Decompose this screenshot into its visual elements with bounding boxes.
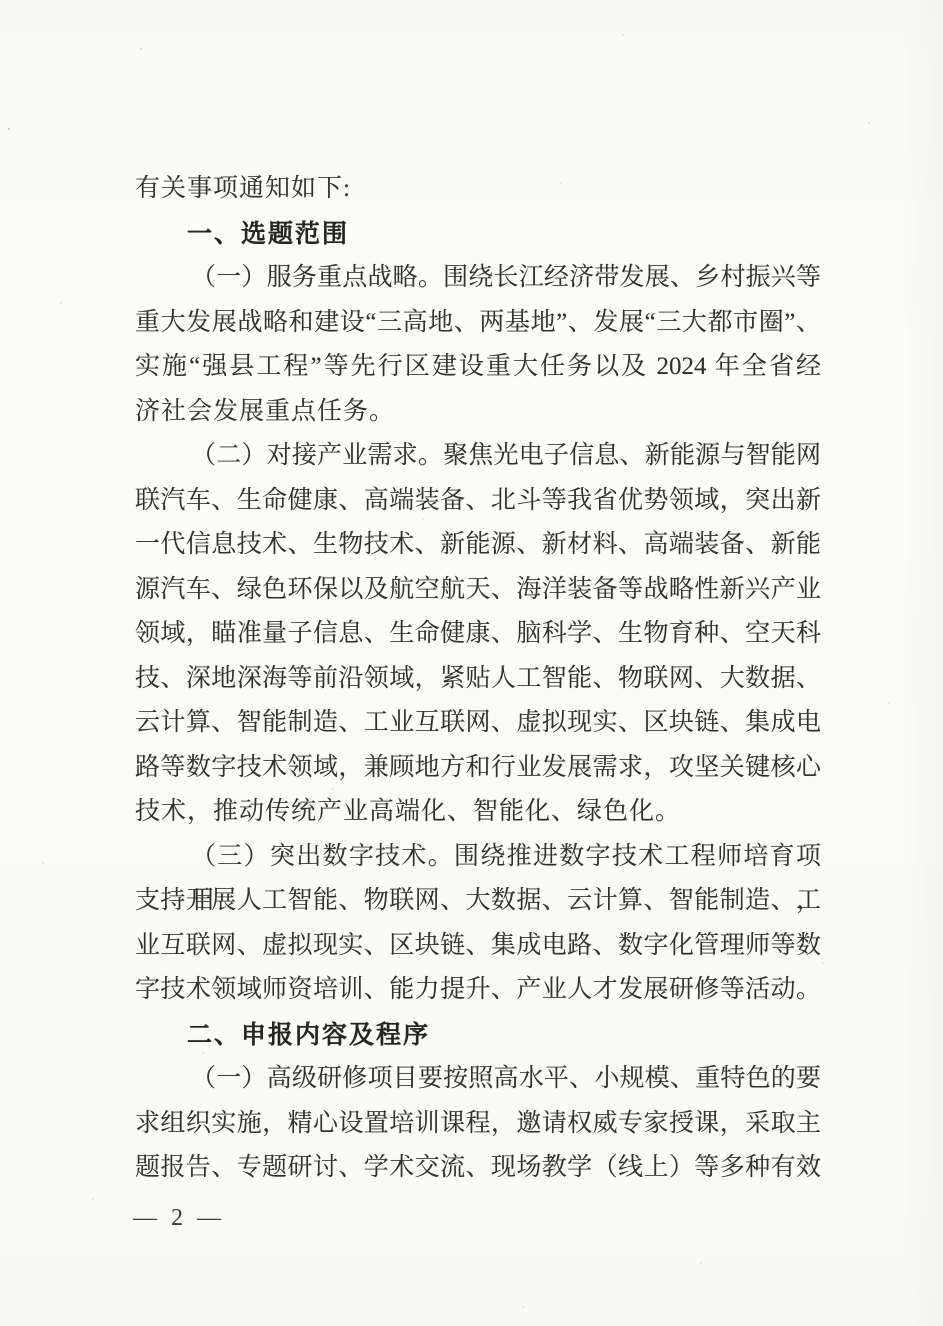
text-line: 云计算、智能制造、工业互联网、虚拟现实、区块链、集成电 [135, 701, 821, 746]
text-line: 联汽车、生命健康、高端装备、北斗等我省优势领域，突出新 [135, 479, 821, 524]
text-line: 技、深地深海等前沿领域，紧贴人工智能、物联网、大数据、 [135, 657, 821, 702]
text-line: 求组织实施，精心设置培训课程，邀请权威专家授课，采取主 [135, 1102, 821, 1147]
scanned-document-page: 有关事项通知如下: 一、选题范围（一）服务重点战略。围绕长江经济带发展、乡村振兴… [0, 0, 943, 1326]
text-line: 题报告、专题研讨、学术交流、现场教学（线上）等多种有效 [135, 1146, 821, 1191]
page-number: — 2 — [133, 1201, 225, 1235]
text-line: （一）高级研修项目要按照高水平、小规模、重特色的要 [135, 1057, 821, 1102]
text-line: （三）突出数字技术。围绕推进数字技术工程师培育项目， [135, 835, 821, 880]
text-line: 技术，推动传统产业高端化、智能化、绿色化。 [135, 790, 821, 835]
document-blocks: 一、选题范围（一）服务重点战略。围绕长江经济带发展、乡村振兴等重大发展战略和建设… [135, 212, 821, 1191]
text-line: （二）对接产业需求。聚焦光电子信息、新能源与智能网 [135, 434, 821, 479]
section-heading: 二、申报内容及程序 [135, 1013, 821, 1058]
text-line: 领域，瞄准量子信息、生命健康、脑科学、生物育种、空天科 [135, 612, 821, 657]
text-line: 业互联网、虚拟现实、区块链、集成电路、数字化管理师等数 [135, 924, 821, 969]
text-line: 源汽车、绿色环保以及航空航天、海洋装备等战略性新兴产业 [135, 568, 821, 613]
text-line: 重大发展战略和建设“三高地、两基地”、发展“三大都市圈”、 [135, 301, 821, 346]
text-line: 支持开展人工智能、物联网、大数据、云计算、智能制造、工 [135, 879, 821, 924]
text-line: 济社会发展重点任务。 [135, 390, 821, 435]
text-line: 实施“强县工程”等先行区建设重大任务以及 2024 年全省经 [135, 345, 821, 390]
scan-noise [0, 0, 2, 2]
text-line: 字技术领域师资培训、能力提升、产业人才发展研修等活动。 [135, 968, 821, 1013]
text-line: 路等数字技术领域，兼顾地方和行业发展需求，攻坚关键核心 [135, 746, 821, 791]
section-heading: 一、选题范围 [135, 212, 821, 257]
text-line: 一代信息技术、生物技术、新能源、新材料、高端装备、新能 [135, 523, 821, 568]
text-line: （一）服务重点战略。围绕长江经济带发展、乡村振兴等 [135, 256, 821, 301]
continuation-line: 有关事项通知如下: [135, 167, 821, 212]
document-body: 有关事项通知如下: 一、选题范围（一）服务重点战略。围绕长江经济带发展、乡村振兴… [135, 167, 821, 1191]
